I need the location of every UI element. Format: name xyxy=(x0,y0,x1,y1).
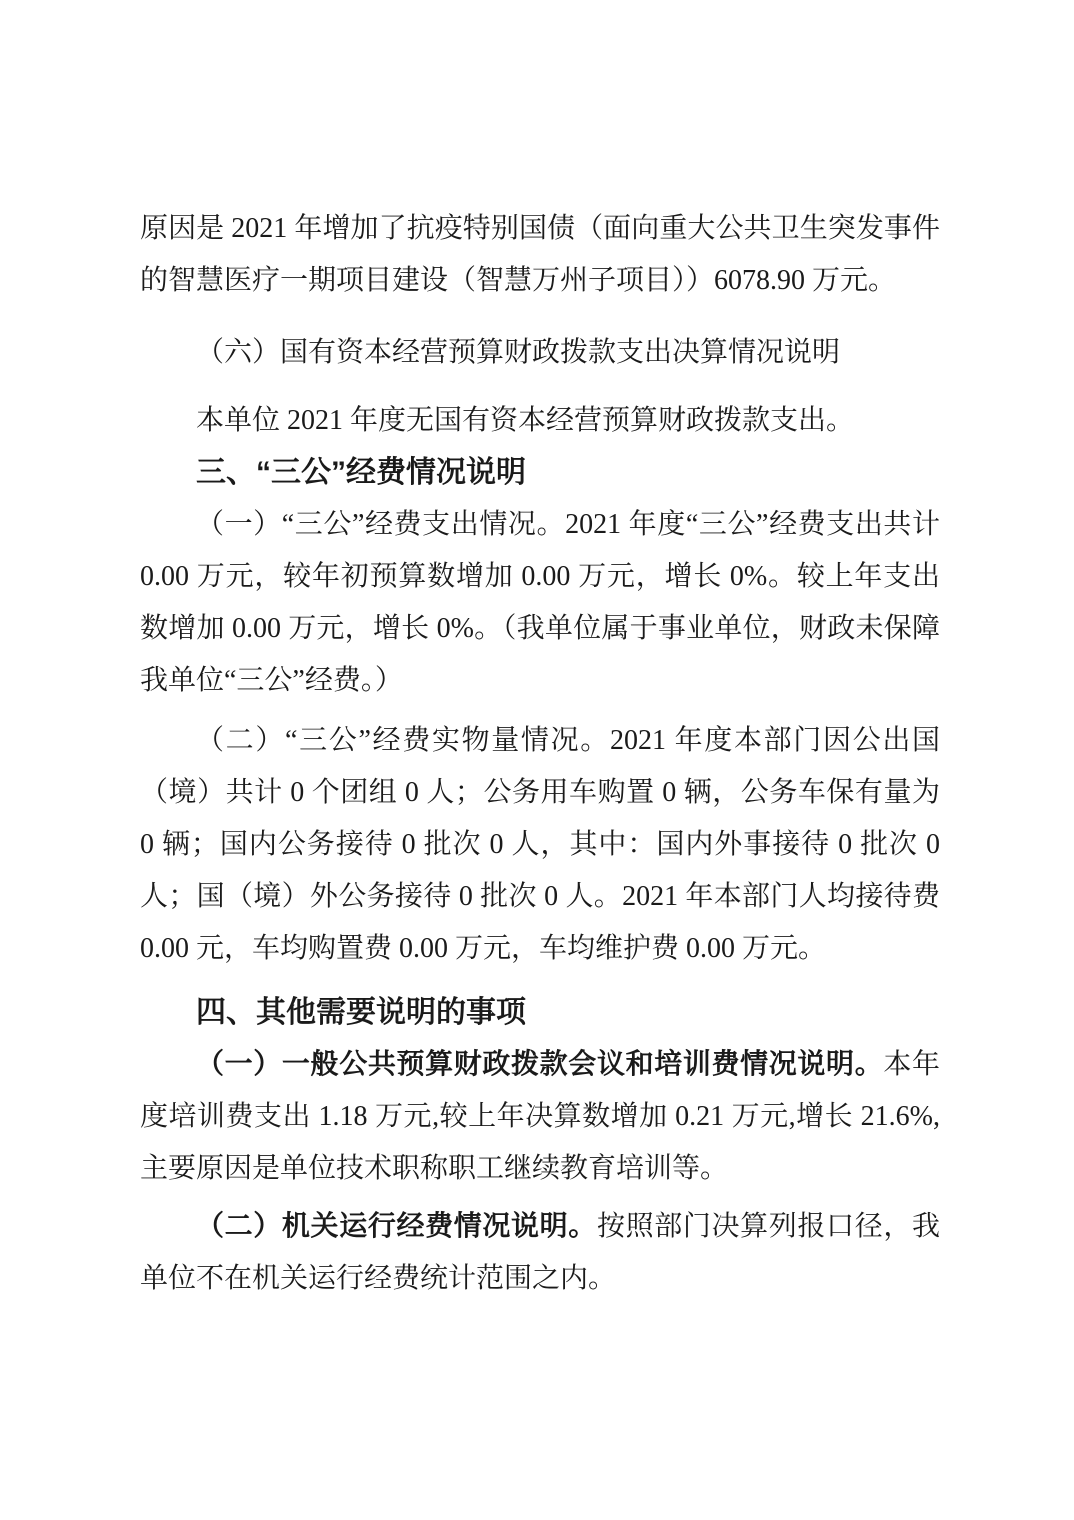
paragraph-3-1: （一）“三公”经费支出情况。2021 年度“三公”经费支出共计 0.00 万元，… xyxy=(140,499,940,707)
paragraph-carryover: 原因是 2021 年增加了抗疫特别国债（面向重大公共卫生突发事件的智慧医疗一期项… xyxy=(140,203,940,307)
subheading-item-6: （六）国有资本经营预算财政拨款支出决算情况说明 xyxy=(140,327,940,379)
paragraph-4-1-lead: （一）一般公共预算财政拨款会议和培训费情况说明。 xyxy=(196,1049,883,1080)
paragraph-3-2-text: 2021 年度本部门因公出国（境）共计 0 个团组 0 人；公务用车购置 0 辆… xyxy=(140,725,940,964)
paragraph-3-2: （二）“三公”经费实物量情况。2021 年度本部门因公出国（境）共计 0 个团组… xyxy=(140,715,940,975)
heading-section-3: 三、“三公”经费情况说明 xyxy=(140,447,940,499)
paragraph-4-1: （一）一般公共预算财政拨款会议和培训费情况说明。本年度培训费支出 1.18 万元… xyxy=(140,1039,940,1195)
paragraph-3-2-lead: （二）“三公”经费实物量情况。 xyxy=(196,725,610,756)
paragraph-4-2-lead: （二）机关运行经费情况说明。 xyxy=(196,1211,597,1242)
paragraph-item-6-body: 本单位 2021 年度无国有资本经营预算财政拨款支出。 xyxy=(140,395,940,447)
paragraph-3-1-lead: （一）“三公”经费支出情况。 xyxy=(196,509,565,540)
document-page: 原因是 2021 年增加了抗疫特别国债（面向重大公共卫生突发事件的智慧医疗一期项… xyxy=(0,0,1074,1520)
heading-section-4: 四、其他需要说明的事项 xyxy=(140,987,940,1039)
paragraph-4-2: （二）机关运行经费情况说明。按照部门决算列报口径，我单位不在机关运行经费统计范围… xyxy=(140,1201,940,1305)
document-content: 原因是 2021 年增加了抗疫特别国债（面向重大公共卫生突发事件的智慧医疗一期项… xyxy=(140,203,940,1305)
